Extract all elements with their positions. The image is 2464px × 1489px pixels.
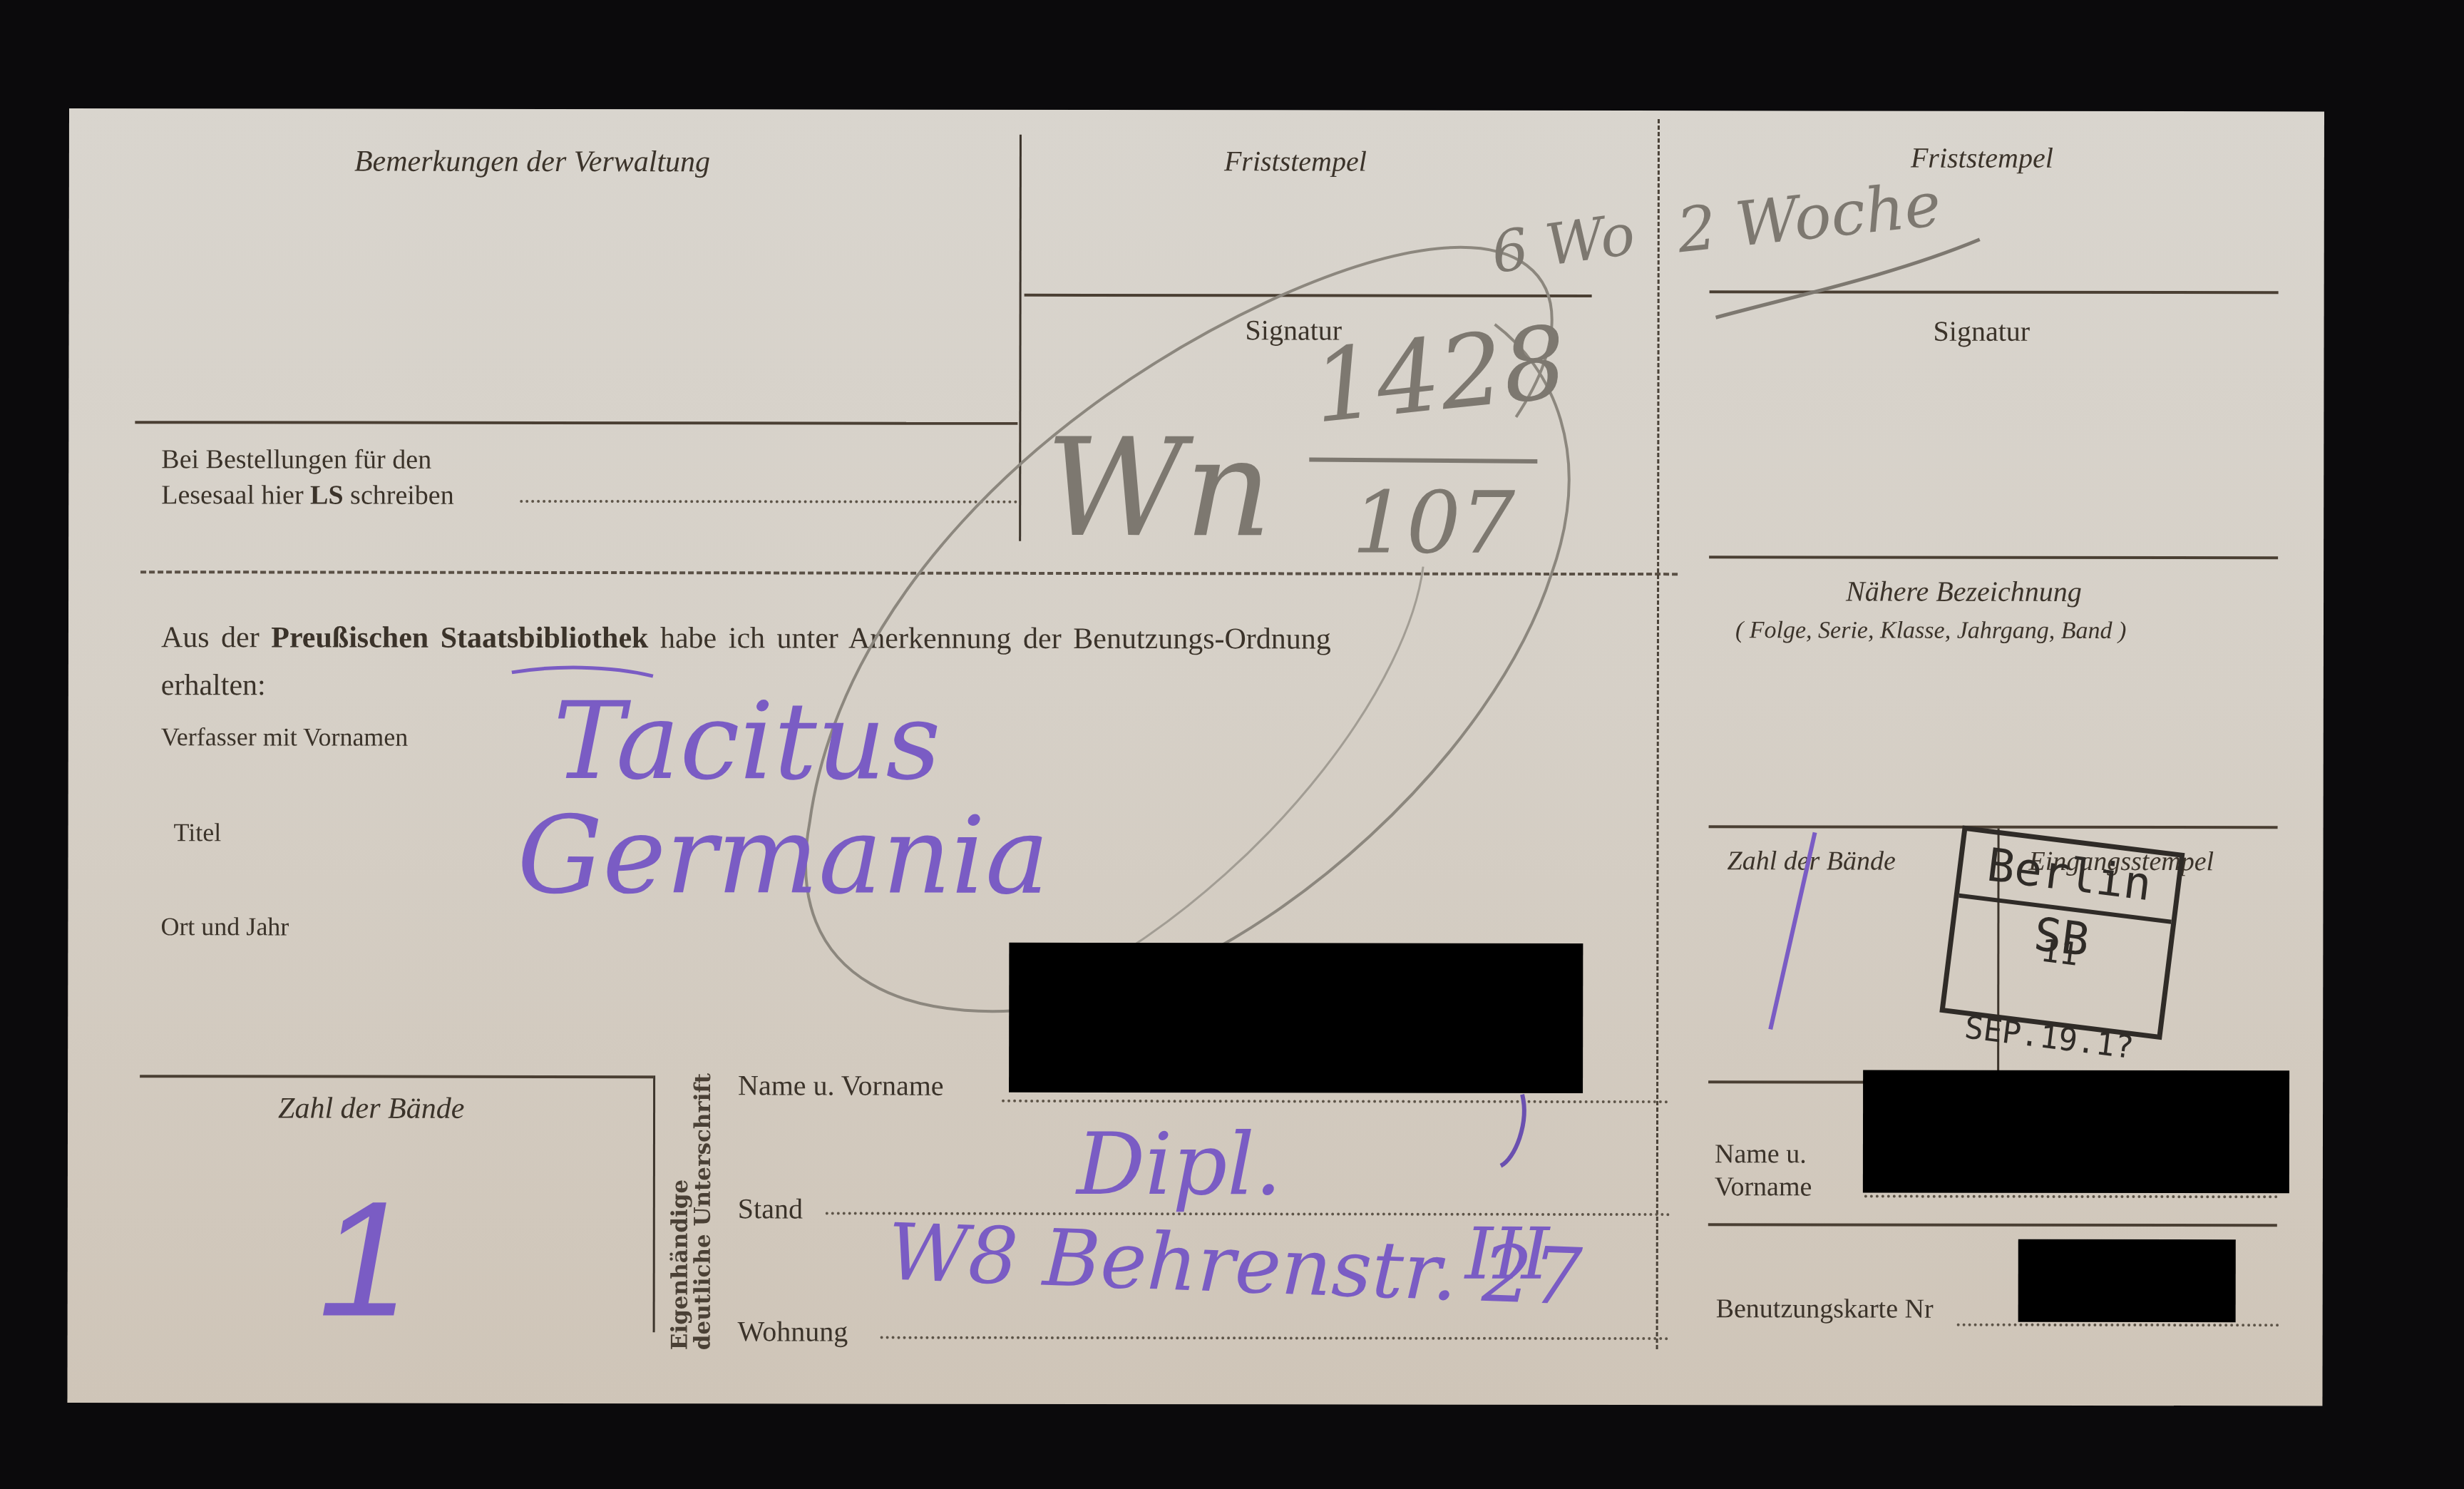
- signature-side-label: Eigenhändige deutliche Unterschrift: [669, 1073, 715, 1350]
- signature-side-line1: Eigenhändige: [669, 1073, 692, 1350]
- volumes-box-right-rule: [653, 1075, 656, 1332]
- occupation-label: Stand: [738, 1192, 803, 1225]
- address-label: Wohnung: [738, 1314, 848, 1348]
- shelfmark-fraction-bar: [1309, 459, 1537, 461]
- statement-suffix: habe ich unter Anerkennung der Benutzung…: [648, 622, 1330, 655]
- stub-name-label-line1: Name u.: [1715, 1137, 1812, 1170]
- stub-deadline-handwritten-note: 2 Woche: [1674, 169, 1944, 267]
- volumes-handwritten: 1: [304, 1165, 428, 1354]
- reading-room-instruction-line1: Bei Bestellungen für den: [161, 444, 431, 476]
- stub-name-redaction: [1863, 1070, 2289, 1194]
- tear-line-vertical: [1656, 119, 1660, 1349]
- statement-line2: erhalten:: [161, 668, 266, 702]
- stub-card-number-dotted-line: [1957, 1324, 2279, 1327]
- divider-remarks-signatur: [1019, 135, 1022, 541]
- statement-line: Aus der Preußischen Staatsbibliothek hab…: [161, 620, 1331, 656]
- name-dotted-line: [1002, 1100, 1668, 1103]
- remarks-bottom-rule: [135, 421, 1017, 425]
- stub-deadline-rule: [1710, 290, 2279, 294]
- library-name-part2: Staatsbibliothek: [441, 622, 649, 655]
- deadline-bottom-rule: [1025, 294, 1592, 297]
- remarks-header: Bemerkungen der Verwaltung: [354, 145, 710, 180]
- reading-room-dotted-line: [520, 500, 1017, 503]
- library-request-slip: Bemerkungen der Verwaltung Bei Bestellun…: [67, 108, 2324, 1406]
- signature-side-line2: deutliche Unterschrift: [692, 1073, 715, 1350]
- stub-detail-rule: [1709, 825, 2278, 829]
- reading-room-prefix: Lesesaal hier: [161, 480, 310, 510]
- stub-card-number-label: Benutzungskarte Nr: [1716, 1293, 1934, 1324]
- stub-detail-header: Nähere Bezeichnung: [1846, 574, 2082, 608]
- occupation-handwritten: Dipl.: [1077, 1115, 1282, 1214]
- deadline-handwritten-note: 6 Wo: [1487, 201, 1638, 287]
- name-ink-stroke: [1501, 1095, 1524, 1166]
- volumes-box-top-rule: [140, 1075, 653, 1078]
- stub-volumes-label: Zahl der Bände: [1727, 845, 1895, 876]
- deadline-stamp-header: Friststempel: [1224, 144, 1367, 178]
- address-suffix-handwritten: III: [1465, 1212, 1550, 1296]
- volumes-header: Zahl der Bände: [278, 1091, 464, 1125]
- stub-signatur-rule: [1709, 556, 2278, 559]
- statement-prefix: Aus der: [161, 621, 271, 654]
- title-handwritten: Germania: [517, 794, 1049, 919]
- stub-detail-subheader: ( Folge, Serie, Klasse, Jahrgang, Band ): [1735, 617, 2126, 645]
- reading-room-instruction-line2: Lesesaal hier LS schreiben: [161, 479, 454, 511]
- stub-name-label-line2: Vorname: [1715, 1170, 1812, 1203]
- stub-name-dotted-line: [1864, 1195, 2278, 1199]
- reading-room-code: LS: [310, 480, 344, 510]
- author-label: Verfasser mit Vornamen: [161, 722, 409, 752]
- reading-room-suffix: schreiben: [344, 481, 454, 511]
- stub-card-number-redaction: [2018, 1239, 2236, 1322]
- title-label: Titel: [174, 817, 222, 847]
- place-year-label: Ort und Jahr: [160, 911, 289, 941]
- stamp-date: 11 SEP.19.1?: [1938, 898, 2171, 1094]
- name-label: Name u. Vorname: [738, 1068, 944, 1102]
- library-name-part1: Preußischen: [271, 621, 428, 654]
- shelfmark-numerator: 1428: [1308, 305, 1572, 446]
- stub-name-rule: [1708, 1223, 2277, 1227]
- library-name-ink-underline: [512, 667, 653, 676]
- stub-shelfmark-label: Signatur: [1934, 314, 2031, 348]
- shelfmark-denominator: 107: [1352, 474, 1515, 573]
- receipt-stamp: Berlin SB 11 SEP.19.1?: [1939, 826, 2185, 1040]
- shelfmark-prefix: Wn: [1045, 409, 1272, 567]
- name-redaction: [1009, 943, 1583, 1093]
- address-dotted-line: [881, 1336, 1669, 1341]
- stub-name-label: Name u. Vorname: [1715, 1137, 1812, 1203]
- author-handwritten: Tacitus: [553, 680, 941, 804]
